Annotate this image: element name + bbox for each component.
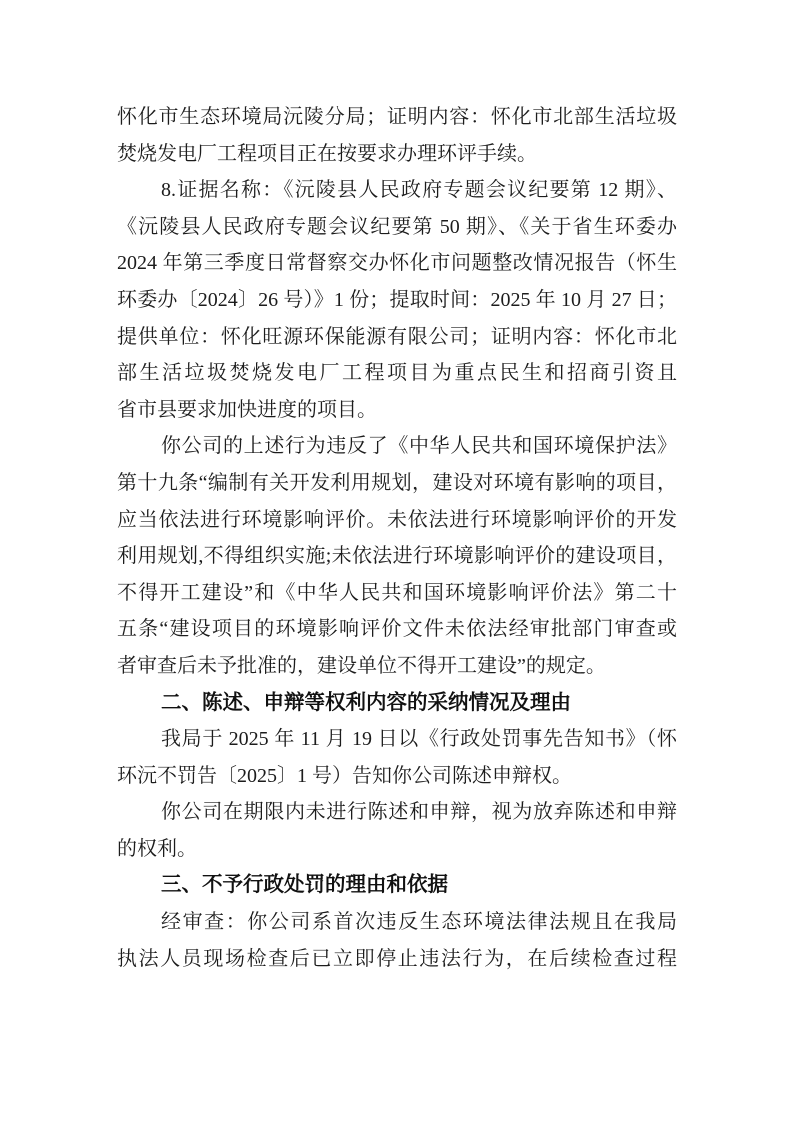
text-line: 经审查：你公司系首次违反生态环境法律法规且在我局 [117,904,677,941]
text-line: 应当依法进行环境影响评价。未依法进行环境影响评价的开发 [117,502,677,539]
text-line: 我局于 2025 年 11 月 19 日以《行政处罚事先告知书》（怀 [117,721,677,758]
text-line: 五条“建设项目的环境影响评价文件未依法经审批部门审查或 [117,611,677,648]
text-line: 第十九条“编制有关开发利用规划，建设对环境有影响的项目， [117,465,677,502]
text-line: 环沅不罚告〔2025〕1 号）告知你公司陈述申辩权。 [117,758,677,795]
text-line: 2024 年第三季度日常督察交办怀化市问题整改情况报告（怀生 [117,245,677,282]
document-page: 怀化市生态环境局沅陵分局；证明内容：怀化市北部生活垃圾焚烧发电厂工程项目正在按要… [0,0,793,1122]
section-heading: 二、陈述、申辩等权利内容的采纳情况及理由 [117,685,677,722]
section-heading: 三、不予行政处罚的理由和依据 [117,867,677,904]
text-line: 不得开工建设”和《中华人民共和国环境影响评价法》第二十 [117,575,677,612]
text-line: 你公司的上述行为违反了《中华人民共和国环境保护法》 [117,428,677,465]
text-line: 执法人员现场检查后已立即停止违法行为，在后续检查过程 [117,941,677,978]
text-line: 部生活垃圾焚烧发电厂工程项目为重点民生和招商引资且 [117,355,677,392]
text-line: 焚烧发电厂工程项目正在按要求办理环评手续。 [117,136,677,173]
text-line: 你公司在期限内未进行陈述和申辩，视为放弃陈述和申辩 [117,794,677,831]
text-line: 者审查后未予批准的，建设单位不得开工建设”的规定。 [117,648,677,685]
document-text-block: 怀化市生态环境局沅陵分局；证明内容：怀化市北部生活垃圾焚烧发电厂工程项目正在按要… [117,99,677,977]
text-line: 《沅陵县人民政府专题会议纪要第 50 期》、《关于省生环委办 [117,209,677,246]
text-line: 提供单位：怀化旺源环保能源有限公司；证明内容：怀化市北 [117,319,677,356]
text-line: 8.证据名称：《沅陵县人民政府专题会议纪要第 12 期》、 [117,172,677,209]
text-line: 环委办〔2024〕26 号）》1 份；提取时间：2025 年 10 月 27 日… [117,282,677,319]
text-line: 怀化市生态环境局沅陵分局；证明内容：怀化市北部生活垃圾 [117,99,677,136]
text-line: 利用规划,不得组织实施;未依法进行环境影响评价的建设项目， [117,538,677,575]
text-line: 的权利。 [117,831,677,868]
text-line: 省市县要求加快进度的项目。 [117,392,677,429]
